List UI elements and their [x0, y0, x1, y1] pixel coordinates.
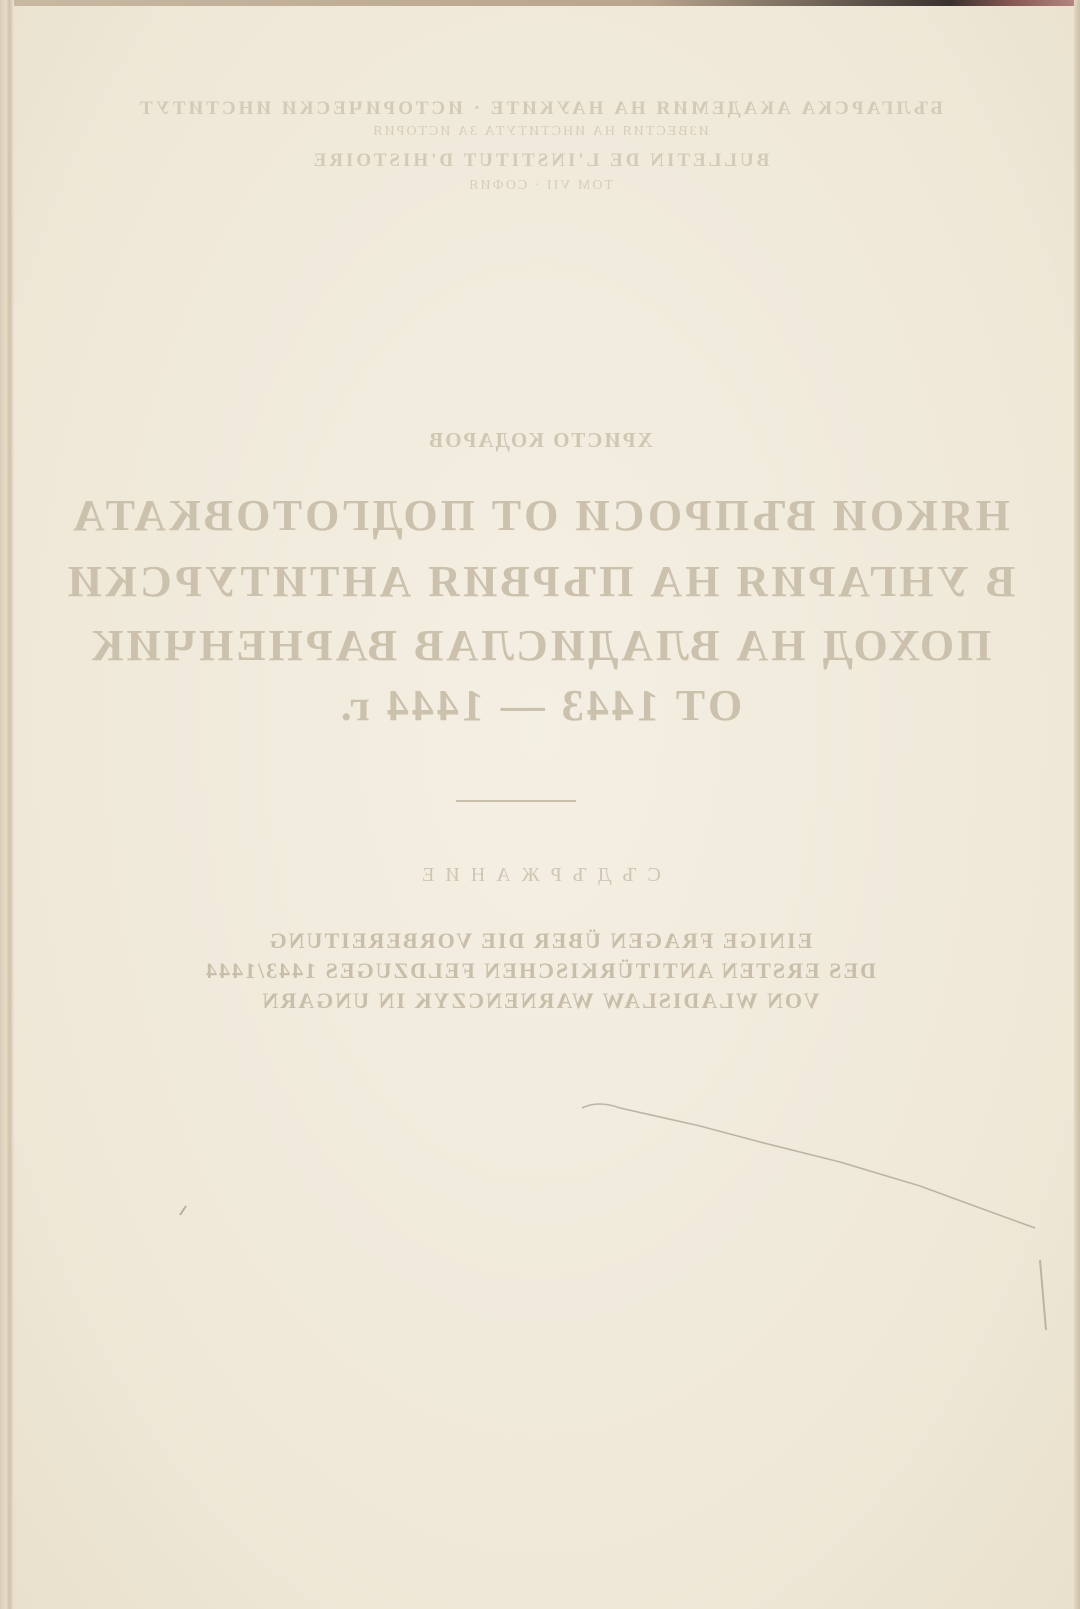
scanned-page: БЪЛГАРСКА АКАДЕМИЯ НА НАУКИТЕ · ИСТОРИЧЕ…: [0, 0, 1080, 1609]
pencil-mark: [0, 0, 1080, 1609]
